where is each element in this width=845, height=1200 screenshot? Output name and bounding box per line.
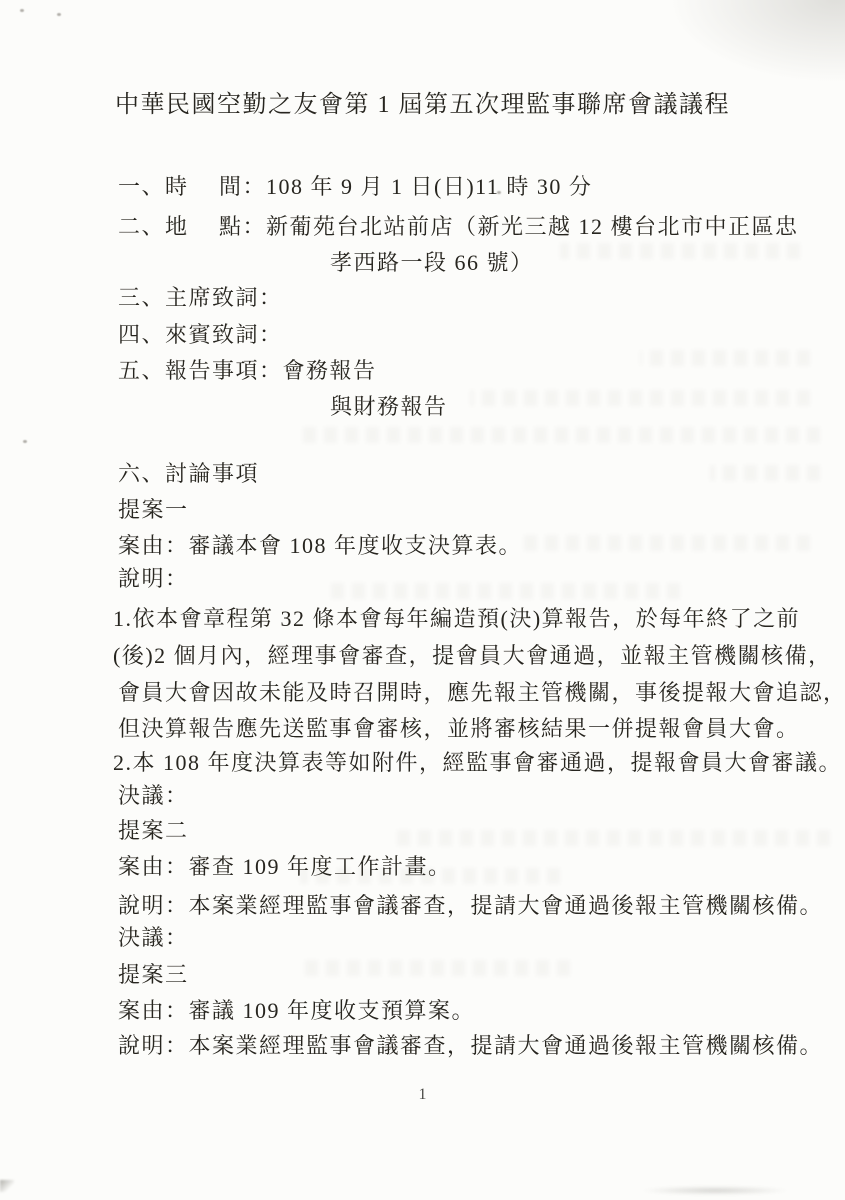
proposal-1-resolution: 決議： — [118, 781, 189, 811]
agenda-time-line: 一、時 間：108 年 9 月 1 日(日)11 時 30 分 — [118, 172, 592, 202]
agenda-location-line-1: 二、地 點：新葡苑台北站前店（新光三越 12 樓台北市中正區忠 — [118, 212, 799, 242]
proposal-3-subject: 案由：審議 109 年度收支預算案。 — [118, 996, 475, 1026]
agenda-reports-line-1: 五、報告事項：會務報告 — [118, 356, 377, 386]
proposal-3-explanation-line: 說明：本案業經理監事會議審查，提請大會通過後報主管機關核備。 — [118, 1031, 823, 1061]
bleed-through-row — [390, 830, 830, 846]
proposal-1-explanation-line: (後)2 個月內，經理事會審查，提會員大會通過，並報主管機關核備， — [113, 641, 832, 671]
proposal-1-heading: 提案一 — [118, 495, 189, 525]
proposal-2-explanation-line: 說明：本案業經理監事會議審查，提請大會通過後報主管機關核備。 — [118, 891, 823, 921]
proposal-1-explanation-line: 但決算報告應先送監事會審核，並將審核結果一併提報會員大會。 — [118, 714, 800, 744]
agenda-discussion-header: 六、討論事項 — [118, 459, 259, 489]
agenda-chair-remarks: 三、主席致詞： — [118, 283, 283, 313]
bleed-through-row — [470, 390, 810, 406]
scanned-document-page: 中華民國空勤之友會第 1 屆第五次理監事聯席會議議程 一、時 間：108 年 9… — [0, 0, 845, 1200]
proposal-2-subject: 案由：審查 109 年度工作計畫。 — [118, 852, 452, 882]
document-title: 中華民國空勤之友會第 1 屆第五次理監事聯席會議議程 — [0, 90, 845, 120]
scan-smudge-bottom — [640, 1186, 790, 1195]
scan-corner-mark — [0, 1180, 14, 1192]
agenda-location-line-2: 孝西路一段 66 號） — [330, 248, 534, 278]
bleed-through-row — [560, 243, 800, 259]
scan-speck — [20, 9, 24, 12]
bleed-through-row — [520, 535, 810, 551]
proposal-2-resolution: 決議： — [118, 923, 189, 953]
proposal-1-explanation-line: 2.本 108 年度決算表等如附件，經監事會審通過，提報會員大會審議。 — [113, 748, 842, 778]
bleed-through-row — [640, 350, 810, 366]
page-number: 1 — [0, 1080, 845, 1110]
bleed-through-row — [300, 960, 570, 976]
proposal-3-heading: 提案三 — [118, 960, 189, 990]
bleed-through-row — [710, 465, 820, 481]
proposal-1-explanation-line: 1.依本會章程第 32 條本會每年編造預(決)算報告，於每年終了之前 — [113, 604, 800, 634]
proposal-1-subject: 案由：審議本會 108 年度收支決算表。 — [118, 531, 522, 561]
proposal-1-explanation-label: 說明： — [118, 564, 189, 594]
scan-shading-top-right — [655, 0, 845, 90]
agenda-reports-line-2: 與財務報告 — [330, 392, 448, 422]
proposal-2-heading: 提案二 — [118, 816, 189, 846]
scan-speck — [57, 13, 61, 16]
scan-speck — [23, 440, 27, 443]
agenda-guest-remarks: 四、來賓致詞： — [118, 320, 283, 350]
bleed-through-row — [330, 583, 680, 599]
proposal-1-explanation-line: 會員大會因故未能及時召開時，應先報主管機關，事後提報大會追認， — [118, 678, 845, 708]
bleed-through-row — [300, 427, 820, 443]
